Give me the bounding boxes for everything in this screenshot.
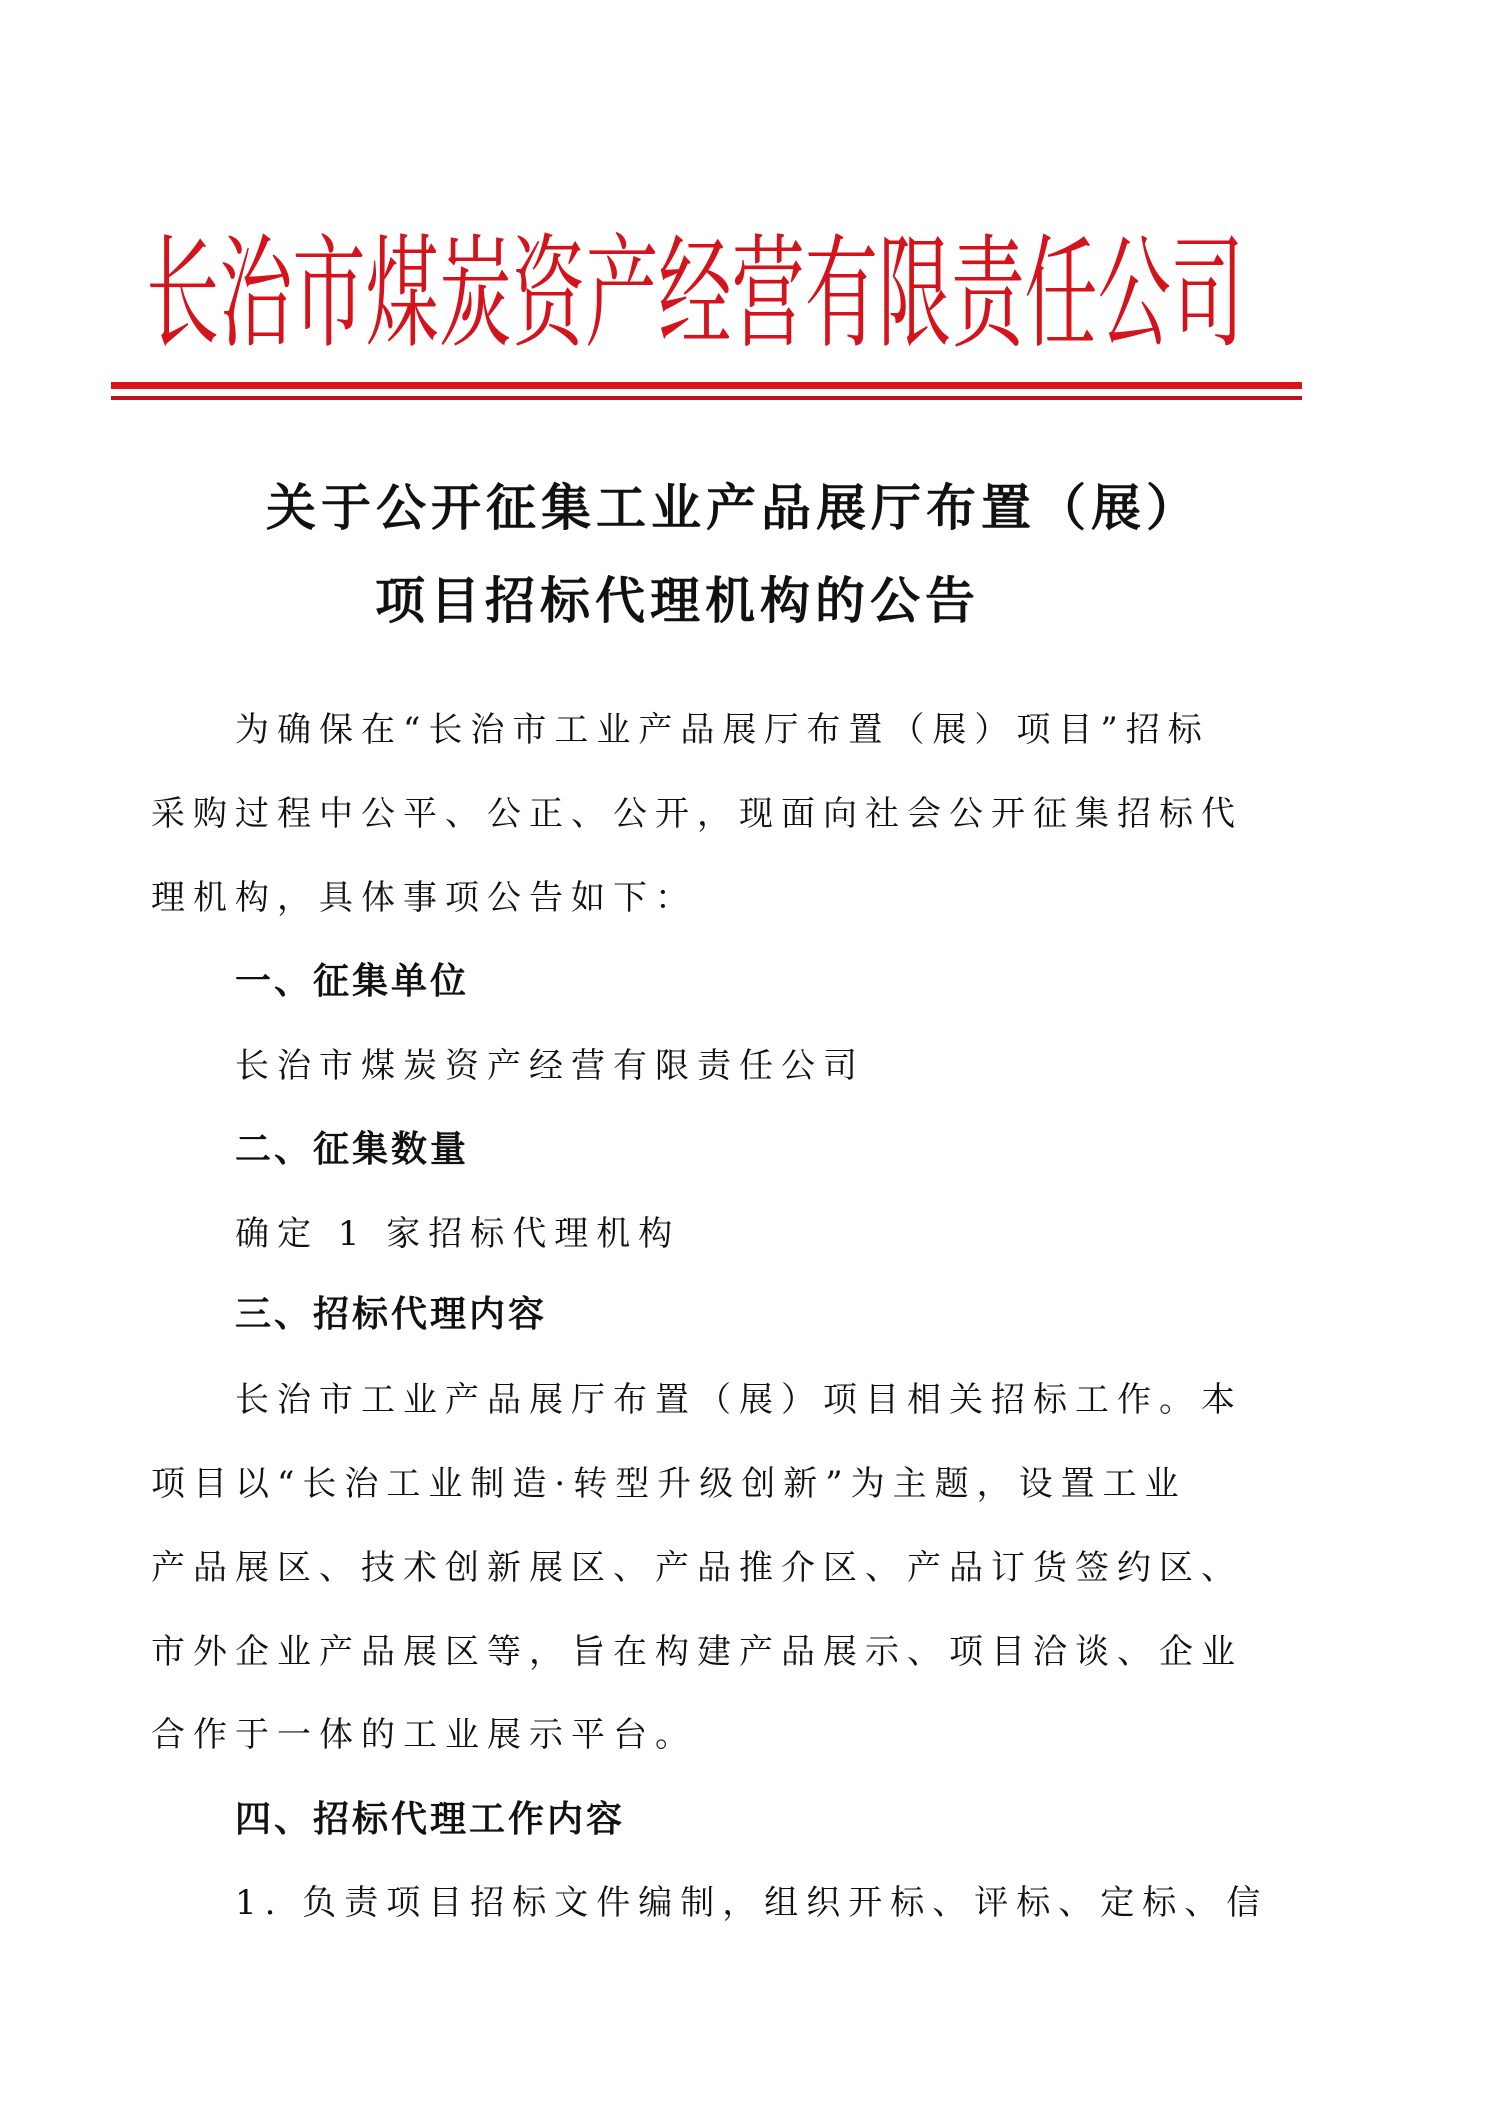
intro-line: 采购过程中公平、公正、公开，现面向社会公开征集招标代	[151, 789, 1243, 839]
section-body-line: 长治市煤炭资产经营有限责任公司	[235, 1041, 865, 1091]
section-body-line: 确定 1 家招标代理机构	[235, 1209, 680, 1259]
document-title-line-1: 关于公开征集工业产品展厅布置（展）	[266, 478, 1201, 538]
section-body-line: 1. 负责项目招标文件编制，组织开标、评标、定标、信	[235, 1878, 1268, 1928]
document-title-line-2: 项目招标代理机构的公告	[375, 571, 980, 631]
section-heading-quantity: 二、征集数量	[235, 1125, 469, 1175]
section-heading-agency-work: 四、招标代理工作内容	[235, 1795, 625, 1845]
section-body-line: 长治市工业产品展厅布置（展）项目相关招标工作。本	[235, 1375, 1243, 1425]
section-heading-agency-content: 三、招标代理内容	[235, 1290, 547, 1340]
section-body-line: 产品展区、技术创新展区、产品推介区、产品订货签约区、	[151, 1543, 1243, 1593]
letterhead-rule-thick	[111, 382, 1302, 389]
letterhead-text: 长治市煤炭资产经营有限责任公司	[146, 222, 1244, 367]
intro-line: 为确保在“长治市工业产品展厅布置（展）项目”招标	[235, 705, 1210, 755]
document-page: 长治市煤炭资产经营有限责任公司 关于公开征集工业产品展厅布置（展） 项目招标代理…	[0, 0, 1487, 2105]
section-body-line: 合作于一体的工业展示平台。	[151, 1710, 697, 1760]
intro-line: 理机构，具体事项公告如下：	[151, 873, 697, 923]
letterhead-rule-thin	[111, 396, 1302, 400]
section-body-line: 项目以“长治工业制造·转型升级创新”为主题，设置工业	[151, 1459, 1187, 1509]
section-body-line: 市外企业产品展区等，旨在构建产品展示、项目洽谈、企业	[151, 1627, 1243, 1677]
letterhead-organization: 长治市煤炭资产经营有限责任公司	[146, 222, 1256, 367]
section-heading-collecting-unit: 一、征集单位	[235, 957, 469, 1007]
